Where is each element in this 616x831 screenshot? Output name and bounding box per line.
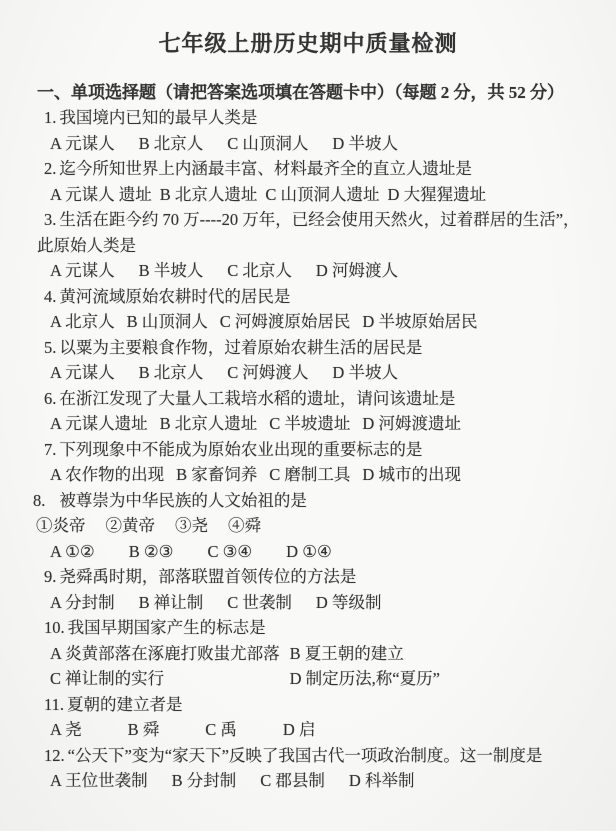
option-b: B 北京人 xyxy=(139,360,204,386)
numbered-item-2: ②黄帝 xyxy=(106,513,156,539)
option-b: B 分封制 xyxy=(172,768,237,794)
question-8: 8.被尊崇为中华民族的人文始祖的是 ①炎帝 ②黄帝 ③尧 ④舜 A ①② B ②… xyxy=(0,488,616,565)
question-7-options: A 农作物的出现 B 家畜饲养 C 磨制工具 D 城市的出现 xyxy=(50,462,616,488)
question-number: 4. xyxy=(44,287,56,306)
option-a: A 王位世袭制 xyxy=(50,768,148,794)
question-body: 我国早期国家产生的标志是 xyxy=(68,618,266,637)
option-d: D 制定历法,称“夏历” xyxy=(290,666,616,692)
question-6-text: 6.在浙江发现了大量人工栽培水稻的遗址，请问该遗址是 xyxy=(38,386,608,412)
option-a: A 分封制 xyxy=(50,590,115,616)
question-11-options: A 尧 B 舜 C 禹 D 启 xyxy=(50,717,616,743)
question-body: 夏朝的建立者是 xyxy=(67,695,183,714)
page-title: 七年级上册历史期中质量检测 xyxy=(0,30,616,58)
numbered-item-4: ④舜 xyxy=(228,513,261,539)
question-3-options: A 元谋人 B 半坡人 C 北京人 D 河姆渡人 xyxy=(50,258,616,284)
question-body: 迄今所知世界上内涵最丰富、材料最齐全的直立人遗址是 xyxy=(59,159,472,178)
option-d: D 河姆渡人 xyxy=(316,258,398,284)
question-8-text: 8.被尊崇为中华民族的人文始祖的是 xyxy=(33,488,603,514)
option-c: C 河姆渡原始居民 xyxy=(220,309,351,335)
option-c: C ③④ xyxy=(207,539,252,565)
question-3: 3.生活在距今约 70 万----20 万年，已经会使用天然火，过着群居的生活”… xyxy=(0,207,616,284)
question-4: 4.黄河流域原始农耕时代的居民是 A 北京人 B 山顶洞人 C 河姆渡原始居民 … xyxy=(0,284,616,335)
question-4-text: 4.黄河流域原始农耕时代的居民是 xyxy=(38,284,608,310)
option-d: D 等级制 xyxy=(316,590,382,616)
option-b: B 半坡人 xyxy=(139,258,204,284)
option-a: A 元谋人 遗址 xyxy=(50,182,152,208)
option-c: C 河姆渡人 xyxy=(227,360,308,386)
question-10: 10.我国早期国家产生的标志是 A 炎黄部落在涿鹿打败蚩尤部落 B 夏王朝的建立… xyxy=(0,615,616,692)
exam-paper-page: 七年级上册历史期中质量检测 一、单项选择题（请把答案选项填在答题卡中）（每题 2… xyxy=(0,0,616,831)
question-7-text: 7.下列现象中不能成为原始农业出现的重要标志的是 xyxy=(38,437,608,463)
question-body: 在浙江发现了大量人工栽培水稻的遗址，请问该遗址是 xyxy=(59,389,455,408)
question-number: 5. xyxy=(44,338,56,357)
question-7: 7.下列现象中不能成为原始农业出现的重要标志的是 A 农作物的出现 B 家畜饲养… xyxy=(0,437,616,488)
option-d: D 启 xyxy=(283,717,316,743)
option-a: A ①② xyxy=(50,539,95,565)
option-a: A 元谋人 xyxy=(50,360,115,386)
question-6-options: A 元谋人遗址 B 北京人遗址 C 半坡遗址 D 河姆渡遗址 xyxy=(50,411,616,437)
numbered-item-1: ①炎帝 xyxy=(36,513,86,539)
question-number: 6. xyxy=(44,389,56,408)
question-body: 被尊崇为中华民族的人文始祖的是 xyxy=(59,491,307,510)
option-a: A 元谋人 xyxy=(50,258,115,284)
question-11: 11.夏朝的建立者是 A 尧 B 舜 C 禹 D 启 xyxy=(0,692,616,743)
question-2: 2.迄今所知世界上内涵最丰富、材料最齐全的直立人遗址是 A 元谋人 遗址 B 北… xyxy=(0,156,616,207)
question-10-options: A 炎黄部落在涿鹿打败蚩尤部落 B 夏王朝的建立 C 禅让制的实行 D 制定历法… xyxy=(50,641,616,692)
option-c: C 山顶洞人 xyxy=(227,131,308,157)
question-body: 我国境内已知的最早人类是 xyxy=(59,108,257,127)
section-header: 一、单项选择题（请把答案选项填在答题卡中）（每题 2 分，共 52 分） xyxy=(37,82,616,103)
question-9-text: 9.尧舜禹时期，部落联盟首领传位的方法是 xyxy=(38,564,608,590)
question-2-text: 2.迄今所知世界上内涵最丰富、材料最齐全的直立人遗址是 xyxy=(38,156,608,182)
question-8-numbered-items: ①炎帝 ②黄帝 ③尧 ④舜 xyxy=(36,513,616,539)
option-d: D 半坡人 xyxy=(332,360,398,386)
question-12-options: A 王位世袭制 B 分封制 C 郡县制 D 科举制 xyxy=(50,768,616,794)
option-c: C 禅让制的实行 xyxy=(50,666,280,692)
option-c: C 禹 xyxy=(205,717,237,743)
question-number: 7. xyxy=(44,440,56,459)
option-a: A 元谋人遗址 xyxy=(50,411,148,437)
question-list: 1.我国境内已知的最早人类是 A 元谋人 B 北京人 C 山顶洞人 D 半坡人 … xyxy=(0,105,616,794)
option-c: C 磨制工具 xyxy=(269,462,350,488)
question-number: 11. xyxy=(44,695,64,714)
question-12-text: 12.“公天下”变为“家天下”反映了我国古代一项政治制度。这一制度是 xyxy=(38,743,608,769)
question-number: 2. xyxy=(44,159,56,178)
option-b: B 禅让制 xyxy=(139,590,204,616)
question-4-options: A 北京人 B 山顶洞人 C 河姆渡原始居民 D 半坡原始居民 xyxy=(50,309,616,335)
question-1-options: A 元谋人 B 北京人 C 山顶洞人 D 半坡人 xyxy=(50,131,616,157)
question-1-text: 1.我国境内已知的最早人类是 xyxy=(38,105,608,131)
option-a: A 尧 xyxy=(50,717,82,743)
question-number: 9. xyxy=(44,567,56,586)
option-a: A 农作物的出现 xyxy=(50,462,164,488)
option-c: C 山顶洞人遗址 xyxy=(265,182,379,208)
question-body: 黄河流域原始农耕时代的居民是 xyxy=(59,287,290,306)
option-b: B 北京人遗址 xyxy=(160,411,258,437)
question-6: 6.在浙江发现了大量人工栽培水稻的遗址，请问该遗址是 A 元谋人遗址 B 北京人… xyxy=(0,386,616,437)
question-1: 1.我国境内已知的最早人类是 A 元谋人 B 北京人 C 山顶洞人 D 半坡人 xyxy=(0,105,616,156)
option-a: A 北京人 xyxy=(50,309,115,335)
question-10-text: 10.我国早期国家产生的标志是 xyxy=(38,615,608,641)
question-body: 下列现象中不能成为原始农业出现的重要标志的是 xyxy=(59,440,422,459)
option-b: B 山顶洞人 xyxy=(127,309,208,335)
question-body: 生活在距今约 70 万----20 万年，已经会使用天然火，过着群居的生活”， xyxy=(59,210,579,229)
option-c: C 半坡遗址 xyxy=(269,411,350,437)
question-11-text: 11.夏朝的建立者是 xyxy=(38,692,608,718)
question-number: 1. xyxy=(44,108,56,127)
option-b: B 家畜饲养 xyxy=(176,462,257,488)
question-5: 5.以粟为主要粮食作物，过着原始农耕生活的居民是 A 元谋人 B 北京人 C 河… xyxy=(0,335,616,386)
option-d: D 半坡原始居民 xyxy=(362,309,477,335)
option-d: D 城市的出现 xyxy=(362,462,461,488)
question-5-text: 5.以粟为主要粮食作物，过着原始农耕生活的居民是 xyxy=(38,335,608,361)
option-c: C 世袭制 xyxy=(227,590,292,616)
option-d: D 科举制 xyxy=(349,768,415,794)
option-c: C 北京人 xyxy=(227,258,292,284)
option-b: B 北京人遗址 xyxy=(160,182,258,208)
option-b: B ②③ xyxy=(129,539,174,565)
option-d: D ①④ xyxy=(286,539,332,565)
numbered-item-3: ③尧 xyxy=(175,513,208,539)
option-d: D 半坡人 xyxy=(332,131,398,157)
question-number: 3. xyxy=(44,210,56,229)
question-8-options: A ①② B ②③ C ③④ D ①④ xyxy=(50,539,616,565)
question-5-options: A 元谋人 B 北京人 C 河姆渡人 D 半坡人 xyxy=(50,360,616,386)
option-a: A 元谋人 xyxy=(50,131,115,157)
question-9: 9.尧舜禹时期，部落联盟首领传位的方法是 A 分封制 B 禅让制 C 世袭制 D… xyxy=(0,564,616,615)
question-3-text-continued: 此原始人类是 xyxy=(37,233,616,259)
option-d: D 大猩猩遗址 xyxy=(388,182,487,208)
option-d: D 河姆渡遗址 xyxy=(362,411,461,437)
question-number: 12. xyxy=(44,746,65,765)
question-12: 12.“公天下”变为“家天下”反映了我国古代一项政治制度。这一制度是 A 王位世… xyxy=(0,743,616,794)
question-number: 8. xyxy=(33,491,45,510)
question-body: “公天下”变为“家天下”反映了我国古代一项政治制度。这一制度是 xyxy=(68,746,543,765)
question-9-options: A 分封制 B 禅让制 C 世袭制 D 等级制 xyxy=(50,590,616,616)
option-c: C 郡县制 xyxy=(260,768,325,794)
question-3-text: 3.生活在距今约 70 万----20 万年，已经会使用天然火，过着群居的生活”… xyxy=(38,207,608,233)
option-b: B 北京人 xyxy=(139,131,204,157)
question-body: 以粟为主要粮食作物，过着原始农耕生活的居民是 xyxy=(59,338,422,357)
option-b: B 舜 xyxy=(128,717,160,743)
option-a: A 炎黄部落在涿鹿打败蚩尤部落 xyxy=(50,641,280,667)
question-2-options: A 元谋人 遗址 B 北京人遗址 C 山顶洞人遗址 D 大猩猩遗址 xyxy=(50,182,616,208)
option-b: B 夏王朝的建立 xyxy=(290,641,616,667)
question-number: 10. xyxy=(44,618,65,637)
question-body: 尧舜禹时期，部落联盟首领传位的方法是 xyxy=(59,567,356,586)
